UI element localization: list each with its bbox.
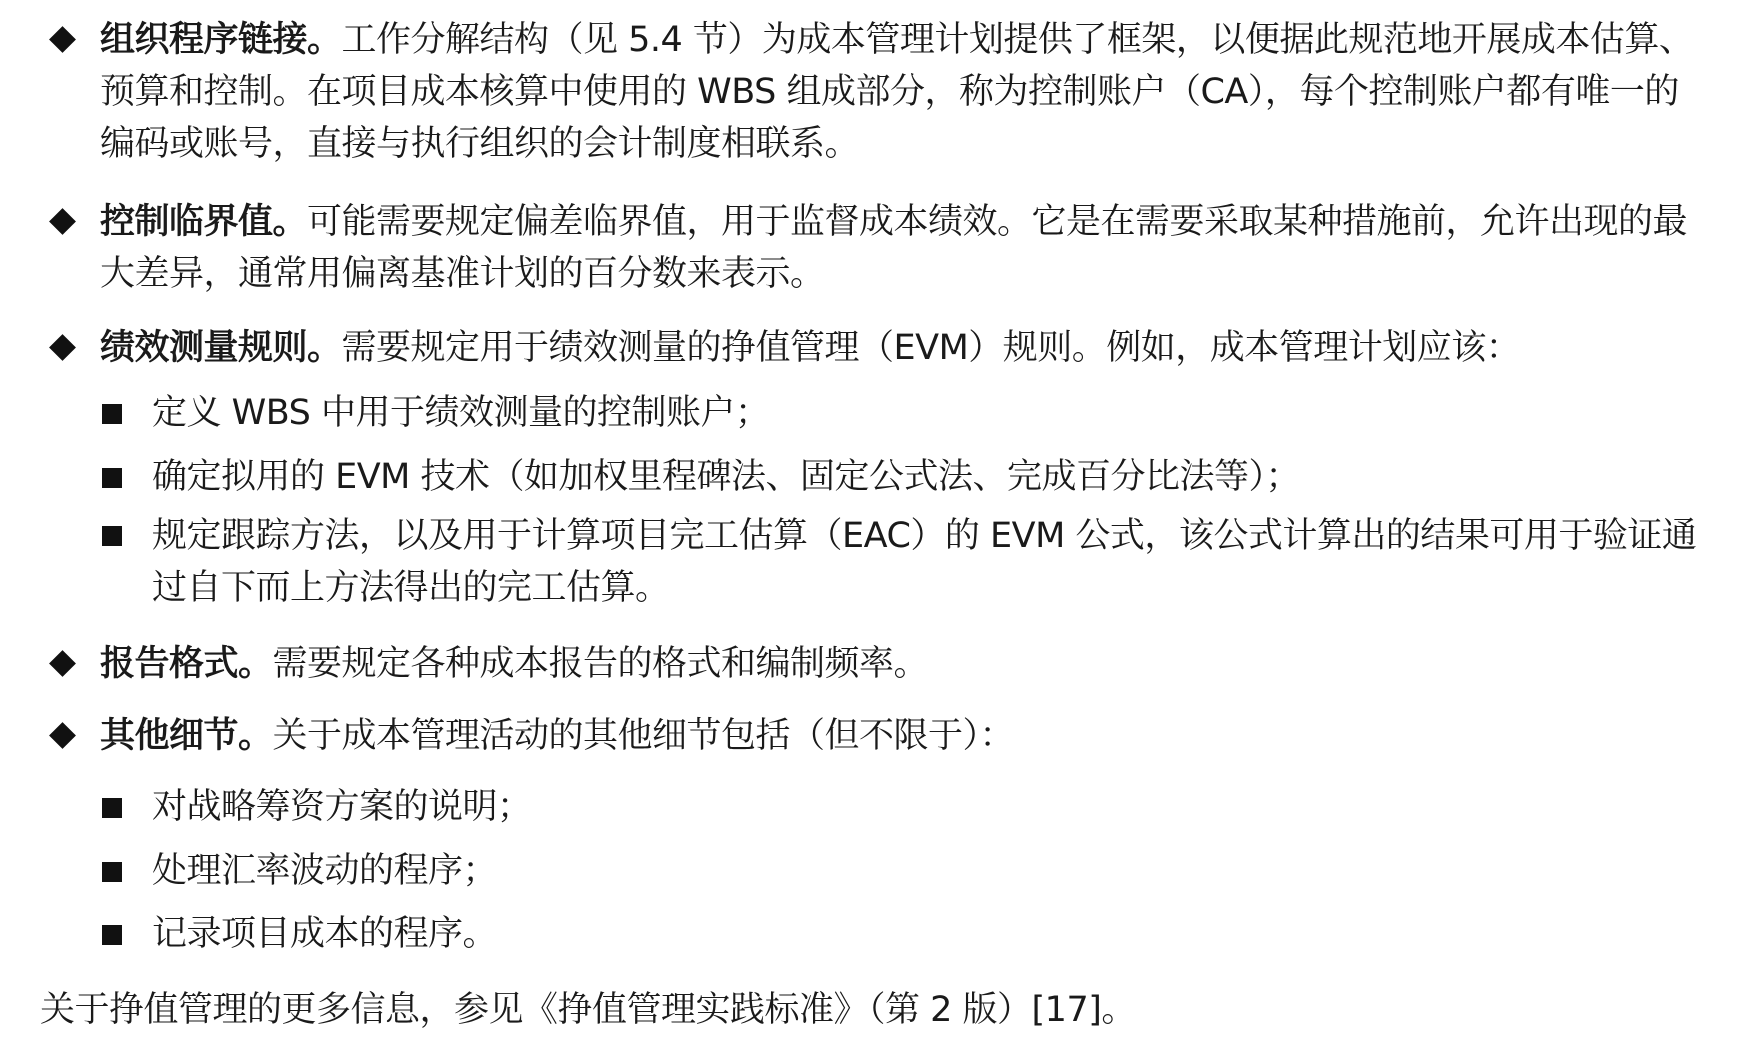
sub-item: 规定跟踪方法，以及用于计算项目完工估算（EAC）的 EVM 公式，该公式计算出的…: [152, 510, 1712, 614]
sub-item: 定义 WBS 中用于绩效测量的控制账户；: [152, 384, 1712, 442]
sub-item: 处理汇率波动的程序；: [152, 842, 1712, 900]
footer-reference: 关于挣值管理的更多信息，参见《挣值管理实践标准》（第 2 版）[17]。: [40, 984, 1136, 1036]
item-lead: 其他细节。: [100, 716, 273, 756]
diamond-bullet-icon: [50, 651, 76, 677]
sub-item-text: 定义 WBS 中用于绩效测量的控制账户；: [152, 393, 769, 433]
sub-item: 确定拟用的 EVM 技术（如加权里程碑法、固定公式法、完成百分比法等）；: [152, 448, 1712, 506]
list-item-additional-details: 其他细节。关于成本管理活动的其他细节包括（但不限于）：: [100, 710, 1710, 762]
document-page: 组织程序链接。工作分解结构（见 5.4 节）为成本管理计划提供了框架，以便据此规…: [0, 0, 1760, 1064]
sub-item: 对战略筹资方案的说明；: [152, 778, 1712, 836]
diamond-bullet-icon: [50, 27, 76, 53]
list-item-control-thresholds: 控制临界值。可能需要规定偏差临界值，用于监督成本绩效。它是在需要采取某种措施前，…: [100, 196, 1710, 300]
sub-item-text: 处理汇率波动的程序；: [152, 851, 497, 891]
sub-item: 记录项目成本的程序。: [152, 905, 1712, 963]
sub-item-text: 确定拟用的 EVM 技术（如加权里程碑法、固定公式法、完成百分比法等）；: [152, 457, 1300, 497]
square-bullet-icon: [102, 404, 122, 424]
item-body: 关于成本管理活动的其他细节包括（但不限于）：: [273, 716, 1015, 756]
square-bullet-icon: [102, 798, 122, 818]
diamond-bullet-icon: [50, 209, 76, 235]
item-body: 可能需要规定偏差临界值，用于监督成本绩效。它是在需要采取某种措施前，允许出现的最…: [100, 202, 1687, 294]
sub-item-text: 记录项目成本的程序。: [152, 914, 497, 954]
sub-item-text: 规定跟踪方法，以及用于计算项目完工估算（EAC）的 EVM 公式，该公式计算出的…: [152, 516, 1696, 608]
diamond-bullet-icon: [50, 723, 76, 749]
list-item-report-formats: 报告格式。需要规定各种成本报告的格式和编制频率。: [100, 638, 1710, 690]
item-lead: 组织程序链接。: [100, 20, 342, 60]
list-item-org-procedures: 组织程序链接。工作分解结构（见 5.4 节）为成本管理计划提供了框架，以便据此规…: [100, 14, 1710, 170]
square-bullet-icon: [102, 526, 122, 546]
list-item-performance-rules: 绩效测量规则。需要规定用于绩效测量的挣值管理（EVM）规则。例如，成本管理计划应…: [100, 322, 1710, 374]
square-bullet-icon: [102, 925, 122, 945]
item-lead: 绩效测量规则。: [100, 328, 342, 368]
item-lead: 报告格式。: [100, 644, 273, 684]
square-bullet-icon: [102, 862, 122, 882]
square-bullet-icon: [102, 468, 122, 488]
sub-item-text: 对战略筹资方案的说明；: [152, 787, 532, 827]
item-body: 需要规定用于绩效测量的挣值管理（EVM）规则。例如，成本管理计划应该：: [342, 328, 1521, 368]
diamond-bullet-icon: [50, 335, 76, 361]
item-body: 需要规定各种成本报告的格式和编制频率。: [273, 644, 929, 684]
item-lead: 控制临界值。: [100, 202, 307, 242]
